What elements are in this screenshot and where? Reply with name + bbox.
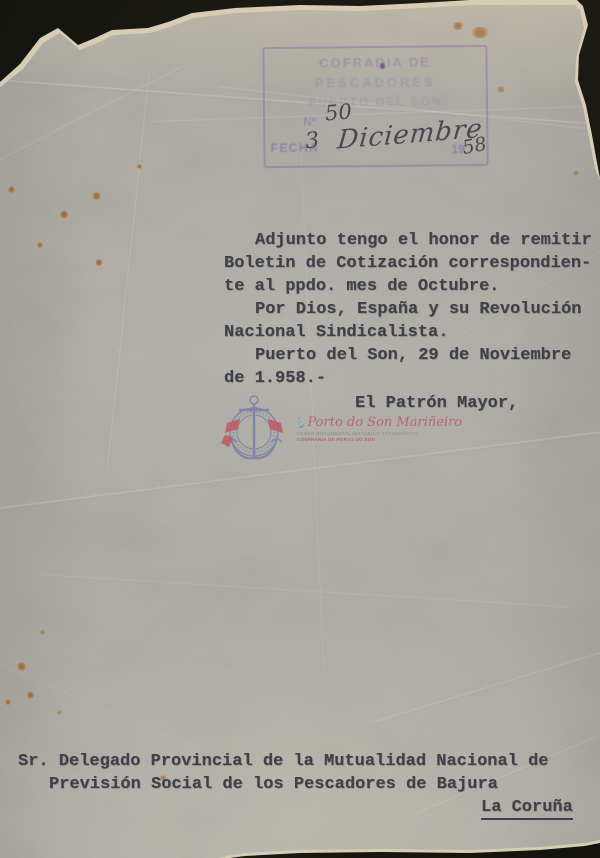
stamp-year-handwritten: 58: [461, 133, 489, 159]
rust-stain: [60, 210, 68, 219]
letter-body: Adjunto tengo el honor de remitir Boleti…: [224, 229, 592, 415]
stamp-header-line: PUERTO DEL SON: [265, 94, 486, 110]
rust-stain: [40, 630, 45, 635]
stamp-header-line: PESCADORES: [265, 74, 486, 91]
rust-stain: [5, 699, 11, 705]
recipient-address: Sr. Delegado Provincial de la Mutualidad…: [18, 750, 573, 819]
crease-line: [0, 66, 183, 171]
crease-line: [40, 574, 569, 609]
recipient-line-2: Previsión Social de los Pescadores de Ba…: [18, 773, 573, 796]
letter-body-line: Adjunto tengo el honor de remitir: [224, 229, 592, 252]
rust-stain: [95, 259, 103, 266]
crease-line: [372, 650, 600, 725]
paper-document: COFRADIA DE PESCADORES PUERTO DEL SON Nº…: [0, 0, 600, 858]
rust-stain: [8, 186, 15, 193]
rust-stain: [17, 662, 26, 671]
stamp-number-label: Nº: [303, 115, 316, 129]
rust-stain: [92, 192, 101, 200]
letter-body-line: Puerto del Son, 29 de Noviembre: [224, 344, 592, 367]
rust-stain: [497, 86, 505, 93]
entry-stamp: COFRADIA DE PESCADORES PUERTO DEL SON Nº…: [262, 45, 488, 168]
anchor-lifebuoy-icon: [213, 390, 295, 474]
stamp-number-handwritten: 50: [324, 99, 353, 125]
letter-body-line: te al ppdo. mes de Octubre.: [224, 275, 592, 298]
rust-stain: [27, 691, 34, 699]
crease-line: [0, 660, 202, 753]
stamp-header-line: COFRADIA DE: [264, 54, 485, 71]
letter-body-line: de 1.958.-: [224, 367, 592, 390]
rust-stain: [470, 27, 490, 38]
rust-stain: [37, 242, 43, 248]
archive-watermark: ⚓Porto do Son Mariñeiro FONDO DOCUMENTAL…: [213, 390, 403, 474]
rust-stain: [57, 710, 62, 715]
rust-stain: [137, 164, 142, 169]
recipient-line-1: Sr. Delegado Provincial de la Mutualidad…: [18, 750, 573, 773]
crease-line: [107, 71, 151, 469]
letter-body-line: Por Dios, España y su Revolución: [224, 298, 592, 321]
letter-body-line: Boletin de Cotización correspondien-: [224, 252, 592, 275]
recipient-city: La Coruña: [18, 796, 573, 819]
stamp-date-day-handwritten: 3: [304, 128, 321, 154]
letter-body-line: Nacional Sindicalista.: [224, 321, 592, 344]
watermark-subtext-2: CONFRARÍA DE PORTO DO SON: [297, 437, 375, 442]
scanned-letter-page: COFRADIA DE PESCADORES PUERTO DEL SON Nº…: [0, 0, 600, 858]
watermark-script-text: ⚓Porto do Son Mariñeiro: [293, 415, 462, 430]
rust-stain: [573, 170, 579, 176]
small-anchor-icon: ⚓: [293, 418, 305, 429]
rust-stain: [452, 22, 464, 30]
watermark-subtext-1: FONDO DOCUMENTAL HISTÓRICO FOTOGRÁFICO: [297, 431, 418, 436]
